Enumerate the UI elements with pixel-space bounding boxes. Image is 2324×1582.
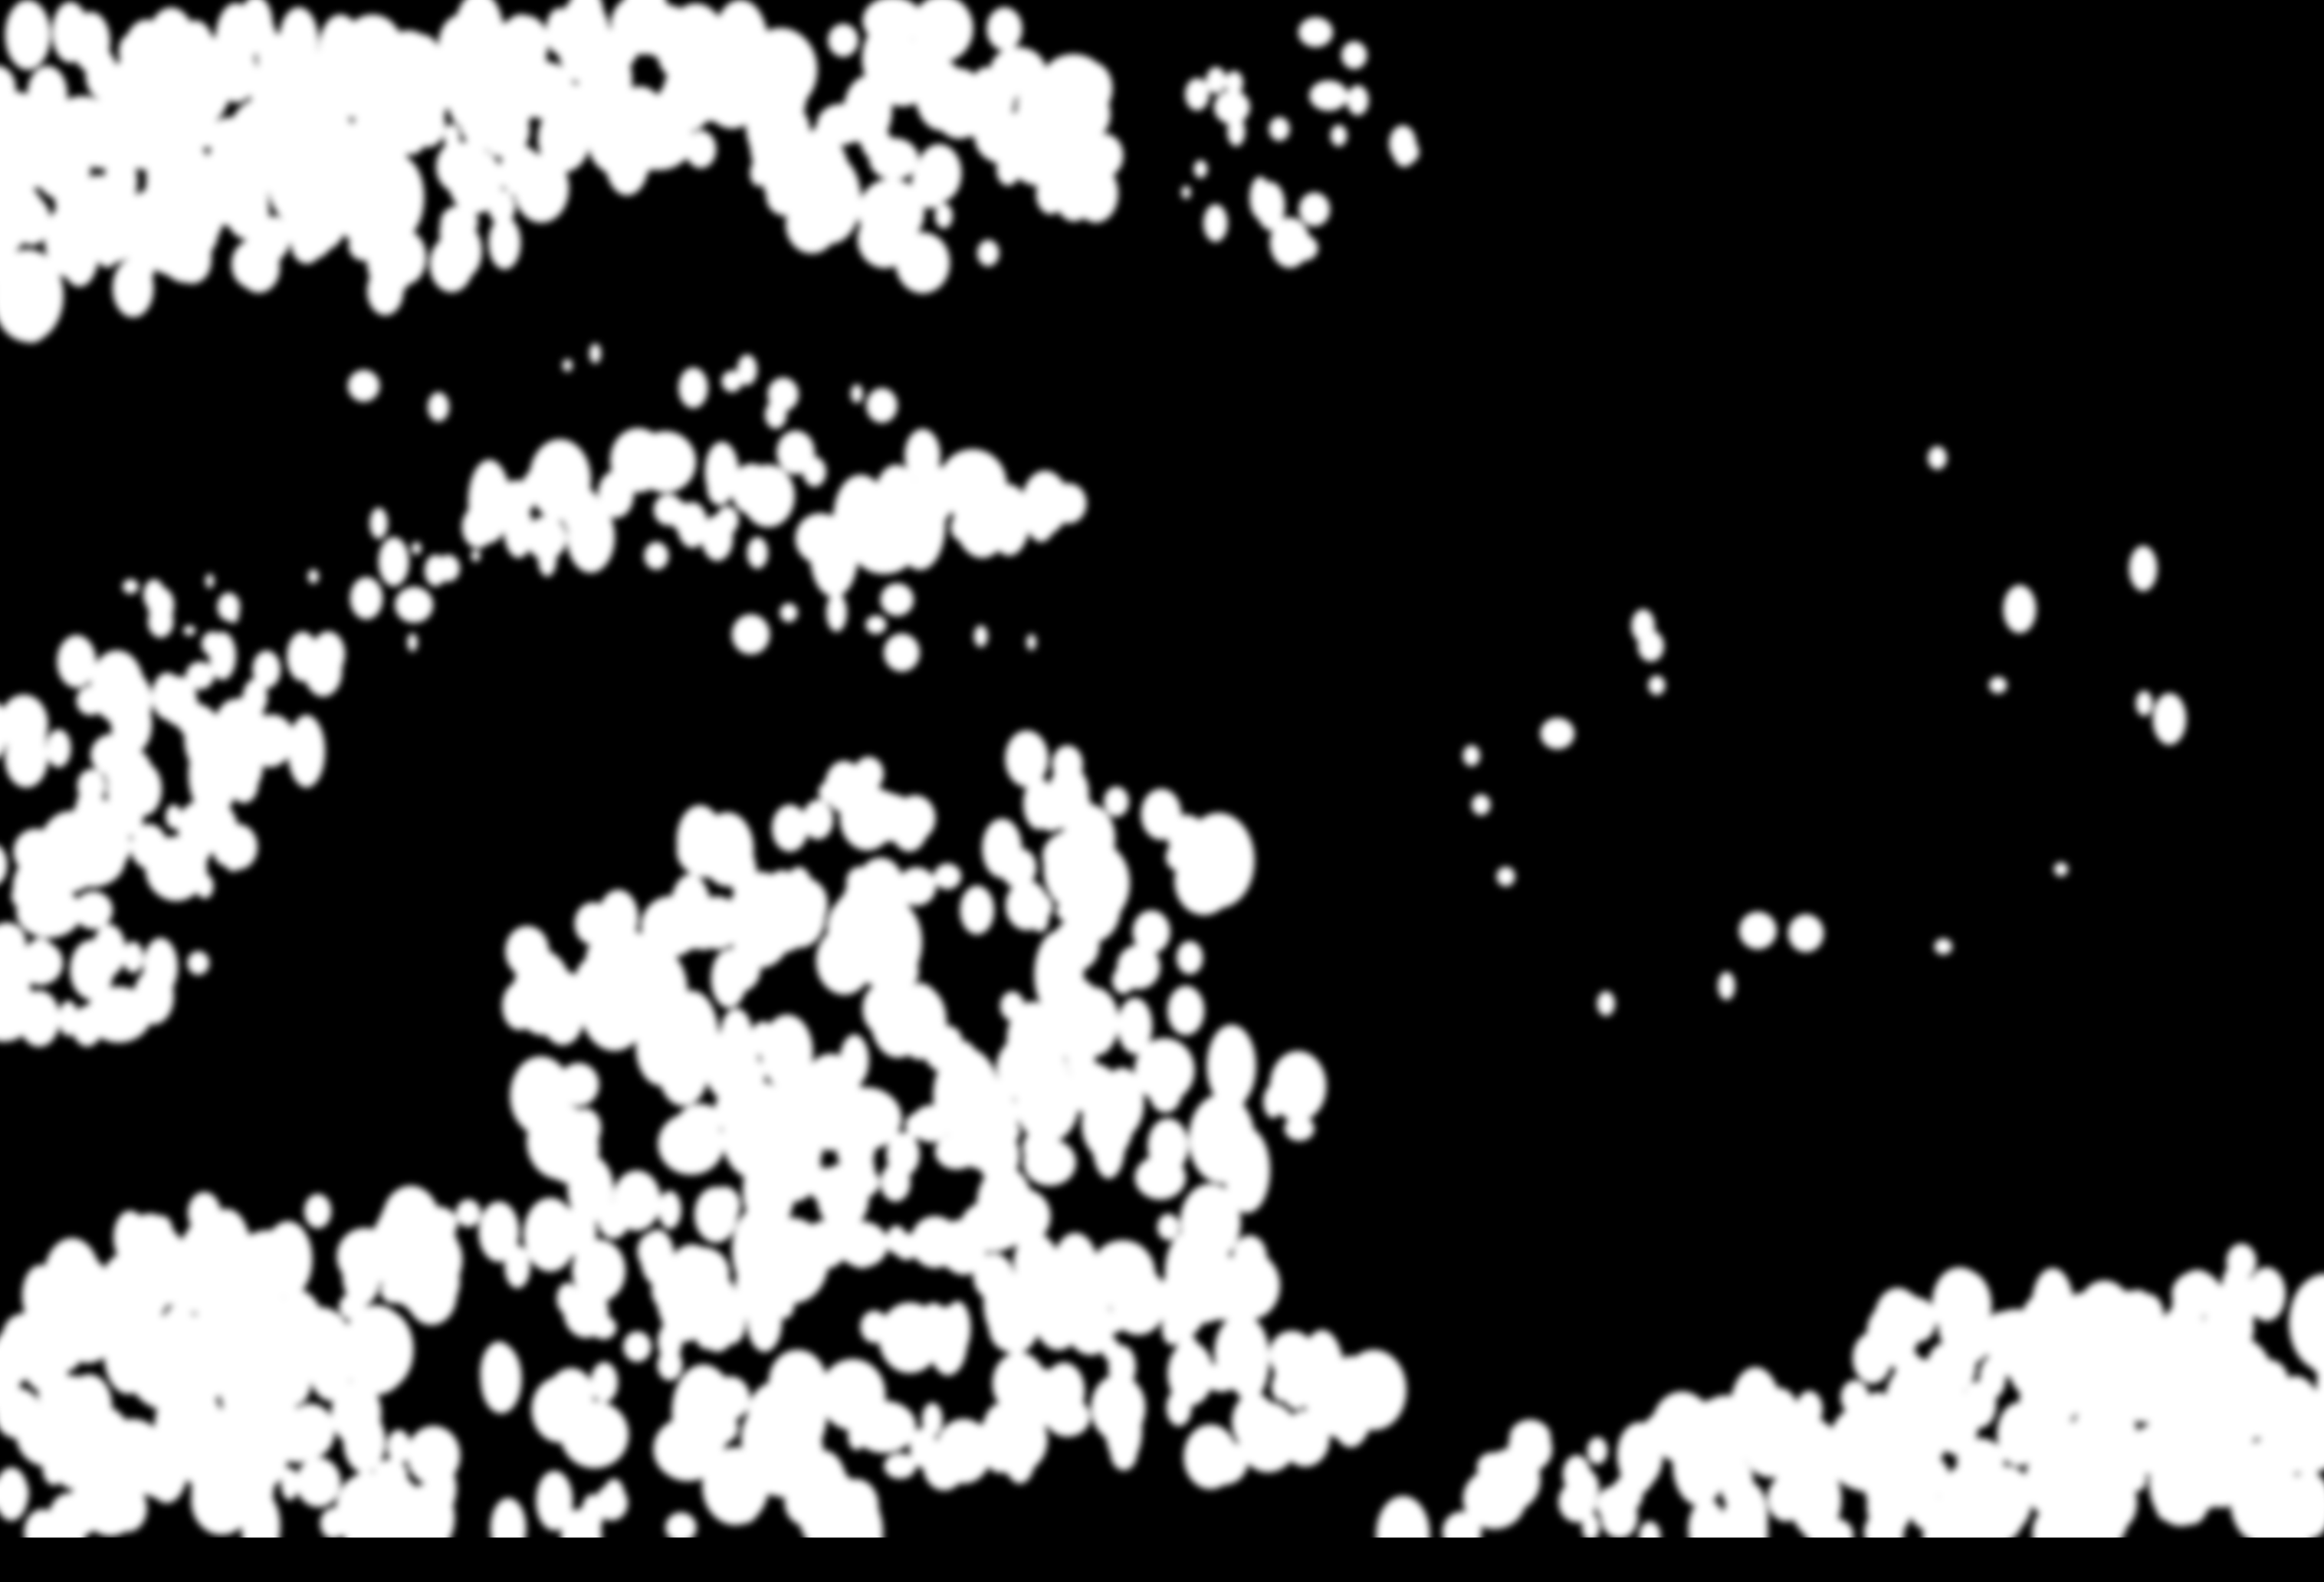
canopy-blob bbox=[589, 343, 601, 363]
canopy-blob bbox=[153, 1252, 191, 1305]
canopy-blob bbox=[281, 1468, 299, 1500]
canopy-blob bbox=[412, 542, 422, 555]
canopy-blob bbox=[425, 555, 447, 586]
canopy-blob bbox=[1044, 1259, 1061, 1280]
canopy-blob bbox=[2086, 1300, 2122, 1361]
canopy-blob bbox=[2136, 691, 2153, 716]
canopy-blob bbox=[709, 1186, 740, 1224]
canopy-blob bbox=[354, 121, 373, 154]
canopy-blob bbox=[1289, 1410, 1318, 1459]
canopy-blob bbox=[1928, 1343, 1963, 1386]
canopy-blob bbox=[2024, 1425, 2061, 1464]
canopy-blob bbox=[1141, 789, 1182, 840]
canopy-blob bbox=[1597, 991, 1615, 1016]
canopy-blob bbox=[911, 159, 950, 208]
canopy-blob bbox=[884, 1453, 916, 1479]
canopy-blob bbox=[146, 836, 208, 901]
canopy-blob bbox=[510, 1056, 571, 1135]
canopy-blob bbox=[161, 676, 197, 726]
canopy-blob bbox=[732, 1208, 780, 1292]
canopy-blob bbox=[18, 941, 63, 985]
canopy-blob bbox=[1623, 1459, 1646, 1483]
canopy-blob bbox=[287, 632, 318, 681]
canopy-blob bbox=[881, 583, 914, 616]
canopy-blob bbox=[379, 537, 409, 586]
canopy-blob bbox=[760, 1026, 803, 1081]
canopy-blob bbox=[678, 1104, 723, 1138]
canopy-blob bbox=[57, 635, 96, 688]
canopy-blob bbox=[205, 574, 214, 589]
canopy-blob bbox=[1167, 986, 1204, 1035]
canopy-blob bbox=[308, 569, 319, 584]
canopy-blob bbox=[723, 1055, 766, 1095]
canopy-blob bbox=[1207, 1025, 1256, 1108]
canopy-blob bbox=[2129, 546, 2158, 591]
canopy-blob bbox=[1269, 1331, 1315, 1378]
canopy-blob bbox=[1106, 1397, 1142, 1465]
canopy-blob bbox=[747, 1175, 775, 1206]
canopy-blob bbox=[1108, 1345, 1136, 1389]
canopy-blob bbox=[2178, 1270, 2217, 1315]
canopy-blob bbox=[2227, 1244, 2257, 1280]
canopy-blob bbox=[114, 1353, 156, 1393]
canopy-blob bbox=[743, 1464, 770, 1505]
canopy-blob bbox=[11, 885, 32, 908]
canopy-blob bbox=[591, 1362, 619, 1403]
canopy-blob bbox=[456, 1200, 481, 1227]
canopy-blob bbox=[974, 625, 988, 647]
canopy-blob bbox=[1045, 1397, 1090, 1437]
canopy-blob bbox=[1, 105, 66, 189]
canopy-blob bbox=[67, 1484, 102, 1534]
canopy-blob bbox=[395, 587, 433, 623]
canopy-blob bbox=[304, 1194, 331, 1229]
canopy-blob bbox=[123, 579, 139, 594]
canopy-blob bbox=[187, 951, 209, 975]
canopy-blob bbox=[8, 1311, 49, 1370]
canopy-blob bbox=[977, 1166, 1032, 1241]
canopy-blob bbox=[809, 1167, 846, 1203]
canopy-blob bbox=[472, 20, 501, 59]
canopy-blob bbox=[1021, 51, 1041, 87]
canopy-blob bbox=[935, 203, 953, 228]
canopy-blob bbox=[1032, 907, 1049, 933]
canopy-blob bbox=[370, 508, 388, 539]
canopy-blob bbox=[247, 715, 293, 767]
canopy-blob bbox=[586, 937, 625, 978]
canopy-blob bbox=[681, 895, 711, 950]
canopy-blob bbox=[1497, 867, 1515, 886]
canopy-blob bbox=[780, 603, 798, 622]
canopy-blob bbox=[659, 1042, 707, 1107]
canopy-blob bbox=[645, 542, 669, 569]
canopy-blob bbox=[59, 1001, 78, 1036]
canopy-blob bbox=[983, 1266, 1023, 1340]
canopy-blob bbox=[159, 218, 212, 283]
canopy-blob bbox=[732, 615, 770, 655]
canopy-blob bbox=[258, 216, 290, 261]
canopy-blob bbox=[0, 694, 48, 753]
canopy-blob bbox=[1896, 1383, 1934, 1425]
canopy-blob bbox=[1206, 67, 1226, 94]
canopy-blob bbox=[1049, 766, 1089, 819]
canopy-blob bbox=[1298, 18, 1333, 48]
canopy-blob bbox=[699, 817, 736, 852]
canopy-blob bbox=[1928, 446, 1947, 469]
canopy-blob bbox=[2283, 1511, 2307, 1537]
canopy-blob bbox=[768, 1383, 825, 1444]
canopy-blob bbox=[2054, 862, 2068, 876]
canopy-blob bbox=[658, 1350, 683, 1381]
canopy-blob bbox=[776, 431, 815, 474]
canopy-blob bbox=[866, 615, 887, 634]
canopy-blob bbox=[70, 1436, 99, 1476]
canopy-blob bbox=[716, 506, 739, 534]
canopy-blob bbox=[1649, 676, 1666, 695]
canopy-blob bbox=[200, 715, 224, 747]
canopy-blob bbox=[343, 1411, 386, 1473]
canopy-blob bbox=[563, 359, 573, 372]
canopy-mask-image bbox=[0, 0, 2324, 1582]
canopy-blob bbox=[923, 1442, 965, 1490]
canopy-blob bbox=[866, 388, 898, 423]
canopy-blob bbox=[286, 1403, 335, 1459]
canopy-blob bbox=[2212, 1386, 2246, 1433]
canopy-blob bbox=[540, 181, 563, 210]
canopy-blob bbox=[389, 1488, 421, 1517]
canopy-blob bbox=[2251, 1360, 2289, 1399]
canopy-blob bbox=[768, 378, 799, 412]
canopy-blob bbox=[2296, 1299, 2320, 1328]
canopy-blob bbox=[1203, 205, 1227, 242]
canopy-blob bbox=[747, 1290, 783, 1352]
canopy-blob bbox=[1864, 1442, 1909, 1518]
canopy-blob bbox=[1165, 1229, 1216, 1317]
canopy-blob bbox=[104, 153, 138, 210]
canopy-blob bbox=[2269, 1472, 2291, 1499]
canopy-blob bbox=[1299, 192, 1330, 226]
canopy-blob bbox=[346, 53, 387, 118]
canopy-blob bbox=[123, 941, 143, 973]
canopy-blob bbox=[1352, 89, 1366, 109]
canopy-blob bbox=[705, 441, 739, 501]
canopy-blob bbox=[143, 938, 178, 996]
canopy-blob bbox=[610, 428, 666, 493]
canopy-blob bbox=[367, 224, 416, 295]
canopy-blob bbox=[274, 142, 335, 204]
canopy-blob bbox=[471, 550, 481, 562]
canopy-blob bbox=[750, 159, 766, 186]
canopy-blob bbox=[1150, 1074, 1182, 1113]
canopy-blob bbox=[349, 1471, 385, 1509]
canopy-blob bbox=[1263, 1085, 1282, 1118]
canopy-blob bbox=[2032, 1269, 2074, 1344]
canopy-blob bbox=[430, 236, 474, 292]
canopy-mask-svg bbox=[0, 0, 2324, 1538]
canopy-blob bbox=[895, 958, 918, 987]
canopy-blob bbox=[562, 487, 601, 538]
canopy-blob bbox=[772, 805, 808, 852]
canopy-blob bbox=[219, 1444, 266, 1492]
canopy-blob bbox=[148, 587, 174, 623]
canopy-blob bbox=[871, 38, 934, 107]
canopy-blob bbox=[1315, 1386, 1364, 1437]
canopy-blob bbox=[898, 868, 937, 906]
canopy-blob bbox=[166, 805, 182, 829]
canopy-blob bbox=[200, 1235, 240, 1296]
canopy-blob bbox=[878, 1302, 940, 1373]
canopy-blob bbox=[107, 1249, 153, 1324]
canopy-blob bbox=[192, 1473, 224, 1508]
canopy-blob bbox=[1250, 176, 1271, 219]
canopy-blob bbox=[209, 632, 236, 680]
canopy-blob bbox=[1091, 1067, 1116, 1114]
canopy-blob bbox=[875, 464, 917, 528]
canopy-blob bbox=[785, 1478, 826, 1526]
canopy-blob bbox=[881, 1163, 911, 1201]
canopy-blob bbox=[676, 26, 716, 70]
canopy-blob bbox=[1133, 911, 1170, 953]
canopy-blob bbox=[542, 1382, 581, 1428]
canopy-blob bbox=[546, 971, 585, 1031]
canopy-blob bbox=[1672, 1424, 1726, 1506]
canopy-blob bbox=[1477, 1452, 1508, 1482]
canopy-blob bbox=[459, 95, 496, 145]
canopy-blob bbox=[488, 216, 520, 269]
canopy-blob bbox=[852, 1400, 917, 1452]
canopy-blob bbox=[1285, 1373, 1306, 1410]
canopy-blob bbox=[866, 794, 914, 842]
canopy-blob bbox=[1157, 1214, 1180, 1240]
canopy-blob bbox=[428, 392, 449, 422]
canopy-blob bbox=[1309, 80, 1347, 110]
canopy-blob bbox=[155, 1381, 223, 1471]
canopy-blob bbox=[563, 1287, 609, 1338]
canopy-blob bbox=[533, 1200, 565, 1242]
canopy-blob bbox=[658, 1191, 681, 1229]
canopy-blob bbox=[45, 1311, 70, 1333]
canopy-blob bbox=[2261, 1416, 2289, 1459]
canopy-blob bbox=[678, 367, 707, 408]
canopy-blob bbox=[1229, 1320, 1269, 1401]
canopy-blob bbox=[505, 926, 549, 976]
canopy-blob bbox=[296, 1458, 341, 1508]
canopy-blob bbox=[1638, 631, 1664, 662]
canopy-blob bbox=[488, 190, 515, 225]
canopy-blob bbox=[1194, 160, 1208, 178]
canopy-blob bbox=[1026, 634, 1036, 650]
canopy-blob bbox=[936, 1219, 984, 1272]
canopy-blob bbox=[722, 371, 743, 392]
canopy-blob bbox=[504, 1246, 530, 1288]
canopy-blob bbox=[981, 1404, 1016, 1473]
canopy-blob bbox=[350, 577, 383, 619]
canopy-blob bbox=[623, 1331, 652, 1362]
canopy-blob bbox=[1541, 717, 1574, 749]
canopy-blob bbox=[119, 35, 138, 69]
canopy-blob bbox=[986, 8, 1022, 51]
canopy-blob bbox=[104, 100, 133, 153]
canopy-blob bbox=[1910, 1488, 1942, 1529]
canopy-blob bbox=[1788, 914, 1823, 952]
canopy-blob bbox=[1090, 1240, 1156, 1308]
canopy-blob bbox=[339, 1293, 366, 1320]
canopy-blob bbox=[960, 886, 995, 935]
canopy-blob bbox=[977, 240, 999, 266]
canopy-blob bbox=[43, 1452, 65, 1485]
canopy-blob bbox=[558, 1510, 580, 1533]
canopy-blob bbox=[82, 25, 104, 53]
canopy-blob bbox=[886, 1226, 907, 1254]
canopy-blob bbox=[2153, 693, 2187, 744]
canopy-blob bbox=[1061, 966, 1084, 996]
canopy-blob bbox=[127, 241, 155, 286]
canopy-blob bbox=[712, 57, 747, 87]
canopy-blob bbox=[796, 1068, 820, 1095]
canopy-blob bbox=[2158, 1407, 2204, 1492]
canopy-blob bbox=[462, 506, 495, 548]
canopy-blob bbox=[257, 19, 276, 51]
canopy-blob bbox=[1341, 41, 1367, 69]
canopy-blob bbox=[747, 537, 768, 569]
canopy-blob bbox=[288, 715, 326, 788]
canopy-blob bbox=[1162, 1311, 1182, 1345]
canopy-blob bbox=[408, 633, 418, 652]
canopy-blob bbox=[604, 1479, 625, 1509]
canopy-blob bbox=[1587, 1437, 1608, 1464]
bottom-black-band bbox=[0, 1538, 2324, 1582]
canopy-blob bbox=[436, 141, 479, 192]
canopy-blob bbox=[177, 86, 211, 137]
canopy-blob bbox=[1472, 795, 1490, 816]
canopy-blob bbox=[146, 22, 183, 83]
canopy-blob bbox=[924, 1032, 957, 1071]
canopy-blob bbox=[1115, 1119, 1131, 1142]
canopy-blob bbox=[834, 889, 885, 942]
canopy-blob bbox=[905, 1112, 937, 1139]
canopy-blob bbox=[46, 729, 71, 767]
canopy-blob bbox=[884, 634, 920, 672]
canopy-blob bbox=[291, 1308, 351, 1374]
canopy-blob bbox=[954, 474, 1011, 558]
canopy-blob bbox=[861, 1311, 888, 1343]
canopy-blob bbox=[931, 1, 969, 41]
canopy-blob bbox=[228, 608, 239, 623]
canopy-blob bbox=[5, 0, 51, 70]
canopy-blob bbox=[1364, 1387, 1394, 1416]
canopy-blob bbox=[1135, 1156, 1187, 1200]
canopy-blob bbox=[2165, 1333, 2194, 1367]
canopy-blob bbox=[934, 864, 961, 890]
canopy-blob bbox=[1104, 786, 1128, 816]
canopy-blob bbox=[858, 210, 912, 268]
canopy-blob bbox=[1796, 1391, 1823, 1428]
canopy-blob bbox=[944, 1301, 971, 1355]
canopy-blob bbox=[862, 986, 894, 1032]
canopy-blob bbox=[1739, 912, 1777, 950]
canopy-blob bbox=[1015, 1061, 1079, 1143]
canopy-blob bbox=[1935, 939, 1952, 955]
canopy-blob bbox=[862, 127, 892, 159]
canopy-blob bbox=[1597, 1486, 1635, 1523]
canopy-blob bbox=[1214, 90, 1250, 124]
canopy-blob bbox=[120, 1008, 140, 1030]
canopy-blob bbox=[638, 1232, 670, 1271]
canopy-blob bbox=[718, 1298, 746, 1344]
canopy-blob bbox=[672, 1364, 735, 1459]
canopy-blob bbox=[395, 1235, 450, 1315]
canopy-blob bbox=[183, 625, 195, 635]
canopy-blob bbox=[598, 1201, 629, 1239]
canopy-blob bbox=[178, 21, 214, 74]
canopy-blob bbox=[728, 872, 795, 968]
canopy-blob bbox=[1956, 1439, 2004, 1483]
canopy-blob bbox=[1055, 167, 1094, 222]
canopy-blob bbox=[696, 90, 726, 121]
canopy-blob bbox=[851, 385, 863, 403]
canopy-blob bbox=[387, 1429, 411, 1464]
canopy-blob bbox=[222, 831, 245, 871]
canopy-blob bbox=[1198, 1439, 1248, 1485]
canopy-blob bbox=[2072, 1398, 2138, 1474]
canopy-blob bbox=[548, 84, 579, 114]
canopy-blob bbox=[95, 659, 127, 713]
canopy-blob bbox=[53, 1246, 77, 1271]
canopy-blob bbox=[1867, 1302, 1920, 1360]
canopy-blob bbox=[1718, 972, 1735, 1000]
canopy-blob bbox=[982, 819, 1022, 878]
canopy-blob bbox=[93, 924, 126, 976]
canopy-blob bbox=[1069, 844, 1130, 923]
canopy-blob bbox=[854, 757, 884, 791]
canopy-blob bbox=[1167, 1390, 1192, 1426]
canopy-blob bbox=[2004, 585, 2037, 633]
canopy-blob bbox=[14, 829, 58, 875]
canopy-blob bbox=[505, 15, 549, 71]
canopy-blob bbox=[257, 1288, 274, 1318]
canopy-blob bbox=[538, 105, 590, 172]
canopy-blob bbox=[671, 502, 692, 530]
canopy-blob bbox=[940, 94, 967, 130]
canopy-blob bbox=[1067, 1298, 1114, 1355]
canopy-blob bbox=[1181, 185, 1190, 199]
canopy-blob bbox=[761, 133, 810, 209]
canopy-blob bbox=[407, 1426, 461, 1485]
canopy-blob bbox=[1572, 1469, 1599, 1507]
canopy-blob bbox=[1217, 1252, 1280, 1320]
canopy-blob bbox=[411, 103, 445, 147]
canopy-blob bbox=[538, 543, 556, 576]
canopy-blob bbox=[620, 86, 661, 125]
canopy-blob bbox=[1331, 125, 1347, 146]
canopy-blob bbox=[348, 370, 380, 402]
canopy-blob bbox=[1508, 1426, 1552, 1472]
canopy-blob bbox=[208, 1306, 241, 1351]
canopy-blob bbox=[1269, 117, 1290, 141]
canopy-blob bbox=[1185, 78, 1210, 110]
canopy-blob bbox=[1026, 488, 1056, 542]
canopy-blob bbox=[1741, 1403, 1800, 1478]
canopy-blob bbox=[1463, 745, 1480, 766]
canopy-blob bbox=[1005, 730, 1048, 787]
canopy-blob bbox=[817, 104, 866, 146]
canopy-blob bbox=[1177, 941, 1203, 974]
canopy-blob bbox=[826, 593, 847, 632]
canopy-blob bbox=[783, 1236, 812, 1270]
canopy-blob bbox=[837, 1221, 888, 1267]
canopy-blob bbox=[1390, 126, 1416, 162]
canopy-blob bbox=[109, 1485, 147, 1532]
